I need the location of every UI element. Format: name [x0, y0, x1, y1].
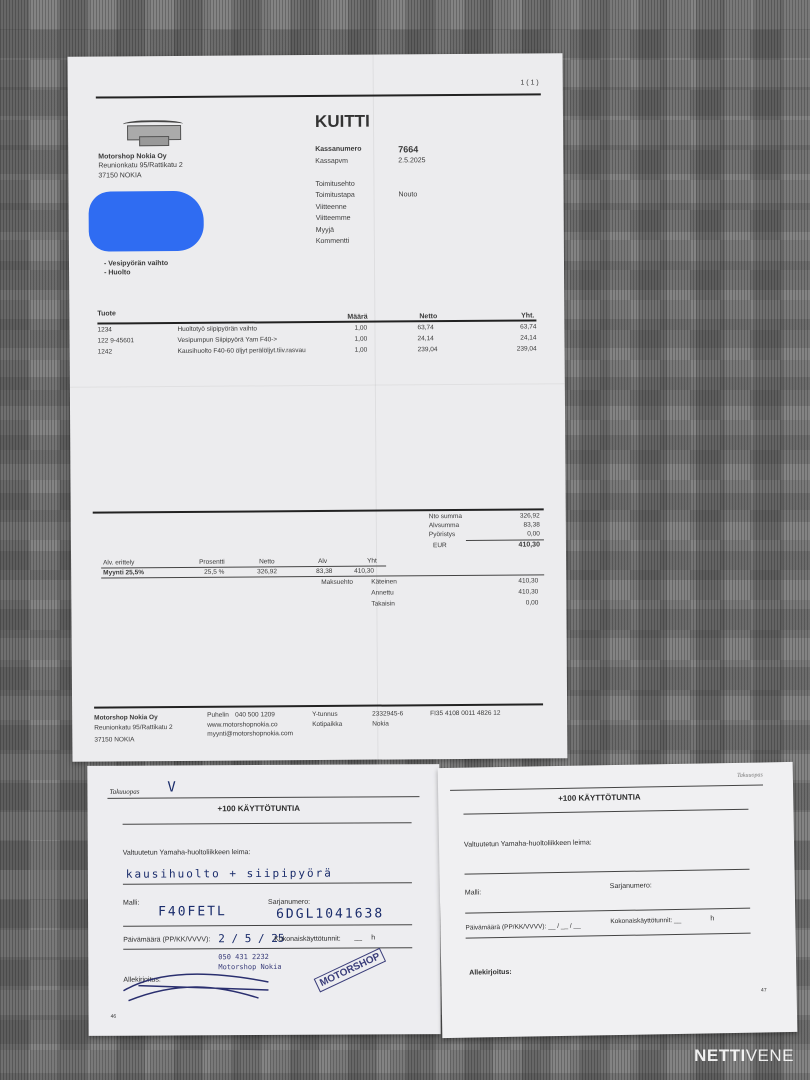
- rule: [123, 947, 412, 950]
- hours-unit: h: [710, 915, 714, 922]
- page-number: 47: [761, 987, 767, 993]
- stamp-label: Valtuutetun Yamaha-huoltoliikkeen leima:: [464, 839, 592, 848]
- row-qty: 1,00: [354, 336, 367, 343]
- row-code: 1242: [98, 348, 113, 355]
- signature-label: Allekirjoitus:: [469, 969, 512, 977]
- hours-label: Kokonaiskäyttötunnit: __: [610, 917, 681, 925]
- viitteemme-label: Viitteemme: [316, 215, 351, 222]
- serial-label: Sarjanumero:: [610, 882, 652, 890]
- footer-address: Reunionkatu 95/Rattikatu 2: [94, 724, 172, 732]
- vat-col-alv: Alv: [318, 558, 327, 565]
- payment-value: 410,30: [518, 588, 538, 595]
- row-netto: 24,14: [417, 335, 433, 342]
- rule: [465, 908, 750, 914]
- row-netto: 63,74: [417, 324, 433, 331]
- seller-name: Motorshop Nokia Oy: [98, 153, 167, 160]
- footer-ytunnus-label: Y-tunnus: [312, 711, 337, 718]
- model-label: Malli:: [123, 900, 139, 907]
- alv-value: 83,38: [524, 521, 540, 528]
- row-code: 1234: [97, 326, 112, 333]
- vat-bottom-rule: [101, 574, 544, 578]
- hours-value: __: [354, 934, 362, 941]
- rule: [123, 924, 412, 927]
- toimitustapa-value: Nouto: [398, 191, 417, 198]
- model-label: Malli:: [465, 889, 481, 896]
- totals-rule: [93, 508, 544, 513]
- footer-iban: FI35 4108 0011 4826 12: [430, 710, 500, 717]
- myyja-label: Myyjä: [316, 227, 334, 234]
- booklet-title: +100 KÄYTTÖTUNTIA: [558, 793, 641, 803]
- footer-email: myynti@motorshopnokia.com: [207, 730, 293, 738]
- row-netto: 239,04: [418, 346, 438, 353]
- vat-col-yht: Yht: [367, 558, 377, 565]
- table-rule: [97, 319, 536, 324]
- vat-col-pct: Prosentti: [199, 559, 225, 566]
- model-value: F40FETL: [158, 904, 227, 919]
- row-yht: 239,04: [517, 345, 537, 352]
- kassapvm-label: Kassapvm: [315, 158, 348, 165]
- row-yht: 24,14: [520, 334, 536, 341]
- stamp-handwritten: kausihuolto + siipipyörä: [126, 867, 333, 881]
- hours-label: Kokonaiskäyttötunnit:: [274, 936, 341, 943]
- vat-rule: [101, 566, 386, 569]
- footer-web: www.motorshopnokia.co: [207, 721, 278, 728]
- vat-netto: 326,92: [257, 568, 277, 575]
- header-rule: [96, 93, 541, 98]
- footer-name: Motorshop Nokia Oy: [94, 714, 158, 721]
- serial-value: 6DGL1041638: [276, 906, 384, 922]
- shop-stamp-text: 050 431 2232: [218, 953, 269, 961]
- stamp-label: Valtuutetun Yamaha-huoltoliikkeen leima:: [123, 849, 251, 857]
- date-label: Päivämäärä (PP/KK/VVVV): __ / __ / __: [465, 923, 580, 932]
- vat-yht: 410,30: [354, 568, 374, 575]
- toimitustapa-label: Toimitustapa: [315, 192, 354, 199]
- seller-address: Reunionkatu 95/Rattikatu 2: [98, 162, 182, 170]
- footer-kotipaikka: Nokia: [372, 721, 389, 728]
- rule: [463, 809, 748, 815]
- paper-fold: [373, 55, 379, 760]
- footer-kotipaikka-label: Kotipaikka: [312, 721, 342, 728]
- logo-stamp: MOTORSHOP: [314, 948, 387, 993]
- paper-fold: [70, 383, 565, 387]
- date-label: Päivämäärä (PP/KK/VVVV):: [123, 936, 210, 943]
- payment-value: 0,00: [526, 599, 539, 606]
- vat-pct: 25,5 %: [204, 569, 224, 576]
- alv-label: Alvsumma: [429, 522, 459, 529]
- shop-stamp-text: Motorshop Nokia: [218, 963, 281, 971]
- footer-city: 37150 NOKIA: [94, 736, 134, 743]
- rule: [107, 796, 419, 799]
- vat-col-netto: Netto: [259, 558, 275, 565]
- maksuehto-label: Maksuehto: [321, 579, 353, 586]
- footer-phone: 040 500 1209: [235, 711, 275, 718]
- page-number: 46: [111, 1014, 117, 1020]
- note-line: - Vesipyörän vaihto: [104, 260, 168, 267]
- watermark-bold: NETTI: [694, 1046, 746, 1065]
- serial-label: Sarjanumero:: [268, 899, 310, 906]
- pyoristys-value: 0,00: [527, 530, 540, 537]
- kassanumero-value: 7664: [398, 144, 418, 154]
- footer-ytunnus: 2332945-6: [372, 710, 403, 717]
- rule: [123, 822, 412, 825]
- nto-label: Nto summa: [429, 513, 462, 520]
- eur-total: 410,30: [519, 541, 540, 548]
- redacted-customer: [88, 191, 203, 252]
- rule: [123, 882, 412, 885]
- toimitusehto-label: Toimitusehto: [315, 181, 354, 188]
- footer-phone-label: Puhelin: [207, 712, 229, 719]
- watermark-light: VENE: [746, 1046, 794, 1065]
- col-tuote: Tuote: [97, 310, 116, 317]
- vat-alv: 83,38: [316, 568, 332, 575]
- eur-label: EUR: [433, 542, 447, 549]
- row-desc: Huoltotyö siipipyörän vaihto: [177, 325, 257, 333]
- page-indicator: 1 ( 1 ): [520, 79, 538, 86]
- vat-spec: Myynti 25,5%: [103, 569, 144, 576]
- pyoristys-label: Pyöristys: [429, 531, 455, 538]
- payment-value: 410,30: [518, 577, 538, 584]
- payment-label: Takaisin: [371, 600, 395, 607]
- booklet-header: Takuuopas: [737, 772, 763, 778]
- booklet-title: +100 KÄYTTÖTUNTIA: [217, 804, 300, 813]
- receipt-document: 1 ( 1 ) Motorshop Nokia Oy Reunionkatu 9…: [68, 53, 568, 761]
- row-qty: 1,00: [354, 325, 367, 332]
- motorshop-logo: [123, 118, 183, 146]
- row-desc: Kausihuolto F40-60 öljyt perälöljyt.tiiv…: [178, 347, 306, 355]
- nto-value: 326,92: [520, 512, 540, 519]
- row-code: 122 9-45601: [98, 337, 135, 344]
- hours-unit: h: [371, 934, 375, 941]
- warranty-booklet-right-page: Takuuopas +100 KÄYTTÖTUNTIA Valtuutetun …: [438, 762, 798, 1038]
- note-line: - Huolto: [104, 269, 130, 276]
- row-desc: Vesipumpun Siipipyörä Yam F40->: [178, 336, 278, 344]
- footer-rule: [94, 703, 543, 708]
- seller-city: 37150 NOKIA: [98, 172, 141, 179]
- rule: [450, 784, 763, 790]
- kassapvm-value: 2.5.2025: [398, 157, 425, 164]
- row-qty: 1,00: [355, 347, 368, 354]
- row-yht: 63,74: [520, 323, 536, 330]
- kommentti-label: Kommentti: [316, 238, 350, 245]
- rule: [465, 869, 750, 875]
- vat-col-spec: Alv. erittely: [103, 559, 134, 566]
- kassanumero-label: Kassanumero: [315, 146, 361, 153]
- warranty-booklet-left-page: Takuuopas V +100 KÄYTTÖTUNTIA Valtuutetu…: [87, 764, 440, 1036]
- viitteenne-label: Viitteenne: [316, 204, 347, 211]
- booklet-header: Takuuopas: [109, 788, 139, 796]
- payment-label: Käteinen: [371, 578, 397, 585]
- rule: [466, 933, 751, 939]
- handwritten-mark: V: [167, 779, 178, 795]
- receipt-title: KUITTI: [315, 112, 370, 132]
- nettivene-watermark: NETTIVENE: [694, 1046, 794, 1066]
- payment-label: Annettu: [371, 589, 393, 596]
